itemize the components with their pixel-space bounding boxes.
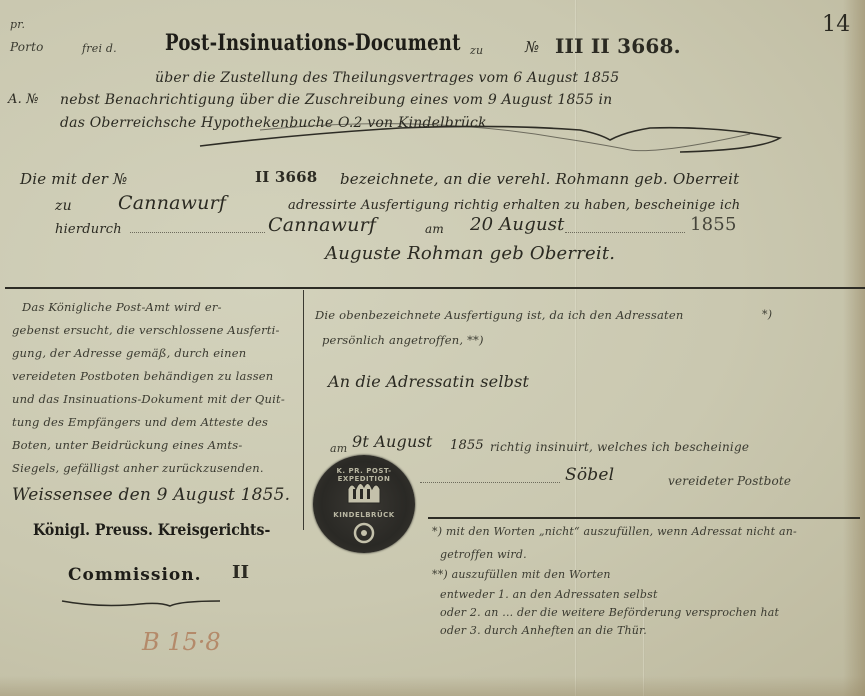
- column-divider: [303, 290, 304, 530]
- horizontal-rule: [5, 287, 865, 289]
- dotted-line: [420, 482, 560, 483]
- request-line-8: Siegels, gefälligst anher zurückzusenden…: [12, 461, 264, 475]
- attest-text: richtig insinuirt, welches ich bescheini…: [490, 440, 749, 454]
- request-line-5: und das Insinuations-Dokument mit der Qu…: [12, 392, 285, 406]
- attest-am: am: [330, 442, 347, 455]
- document-title: Post-Insinuations-Document: [165, 30, 461, 56]
- handwritten-recipient: An die Adressatin selbst: [328, 372, 529, 391]
- request-line-4: vereideten Postboten behändigen zu lasse…: [12, 369, 273, 383]
- place-date: Weissensee den 9 August 1855.: [12, 485, 290, 505]
- paper-edge: [843, 0, 865, 696]
- receipt-hierdurch: hierdurch: [55, 222, 122, 237]
- number-label: №: [525, 38, 539, 56]
- dotted-line: [130, 232, 265, 233]
- subject-margin-label: A. №: [8, 92, 39, 107]
- document-number: III II 3668.: [555, 34, 681, 58]
- post-horn-icon: [349, 521, 379, 545]
- receipt-date: 20 August: [470, 214, 565, 235]
- authority-numeral: II: [232, 562, 249, 583]
- postman-signature: Söbel: [565, 465, 614, 485]
- authority-line-2: Commission.: [68, 565, 202, 585]
- receipt-place-2: Cannawurf: [268, 214, 376, 236]
- post-office-seal: K. PR. POST-EXPEDITION KINDELBRÜCK: [313, 455, 415, 553]
- subject-line-1: über die Zustellung des Theilungsvertrag…: [155, 70, 619, 86]
- receipt-prefix: Die mit der №: [20, 170, 128, 188]
- decorative-flourish: [60, 598, 230, 612]
- request-line-7: Boten, unter Beidrückung eines Amts-: [12, 438, 242, 452]
- request-line-6: tung des Empfängers und dem Atteste des: [12, 415, 268, 429]
- receipt-number: II 3668: [255, 168, 317, 186]
- footnote-2-line-2: entweder 1. an den Adressaten selbst: [440, 588, 658, 601]
- crown-icon: [344, 477, 384, 507]
- attest-line-2: persönlich angetroffen, **): [322, 333, 484, 347]
- footnote-marker: *): [762, 308, 772, 321]
- seal-bottom-text: KINDELBRÜCK: [313, 511, 415, 519]
- request-line-3: gung, der Adresse gemäß, durch einen: [12, 346, 246, 360]
- margin-porto-label: Porto: [10, 40, 44, 54]
- footnote-2-line-1: **) auszufüllen mit den Worten: [432, 568, 611, 581]
- paper-edge: [0, 676, 865, 696]
- authority-line-1: Königl. Preuss. Kreisgerichts-: [33, 520, 270, 539]
- attest-date: 9t August: [352, 432, 433, 451]
- archive-mark: B 15·8: [142, 628, 221, 656]
- page-number: 14: [822, 12, 850, 37]
- decorative-flourish: [0, 120, 865, 160]
- attest-year: 1855: [450, 438, 484, 453]
- dotted-line: [565, 232, 685, 233]
- request-line-1: Das Königliche Post-Amt wird er-: [22, 300, 222, 314]
- receipt-am: am: [425, 222, 444, 236]
- receipt-line-2: adressirte Ausfertigung richtig erhalten…: [288, 198, 740, 213]
- document-page: 14 pr. Porto frei d. Post-Insinuations-D…: [0, 0, 865, 696]
- footnote-2-line-3: oder 2. an ... der die weitere Beförderu…: [440, 606, 779, 619]
- footnote-1-line-2: getroffen wird.: [440, 548, 527, 561]
- receipt-place: Cannawurf: [118, 192, 226, 214]
- recipient-signature: Auguste Rohman geb Oberreit.: [325, 243, 615, 264]
- postman-title: vereideter Postbote: [668, 474, 791, 488]
- title-suffix: zu: [470, 44, 483, 57]
- margin-note-pr: pr.: [10, 18, 25, 31]
- request-line-2: gebenst ersucht, die verschlossene Ausfe…: [12, 323, 280, 337]
- receipt-zu: zu: [55, 198, 72, 214]
- porto-value: frei d.: [82, 42, 117, 55]
- footnote-2-line-4: oder 3. durch Anheften an die Thür.: [440, 624, 647, 637]
- subject-line-2: nebst Benachrichtigung über die Zuschrei…: [60, 92, 612, 108]
- attest-line-1: Die obenbezeichnete Ausfertigung ist, da…: [315, 308, 683, 322]
- receipt-year: 1855: [690, 214, 737, 235]
- receipt-addressee: bezeichnete, an die verehl. Rohmann geb.…: [340, 170, 739, 188]
- footnote-rule: [428, 517, 860, 519]
- footnote-1-line-1: *) mit den Worten „nicht“ auszufüllen, w…: [432, 525, 797, 538]
